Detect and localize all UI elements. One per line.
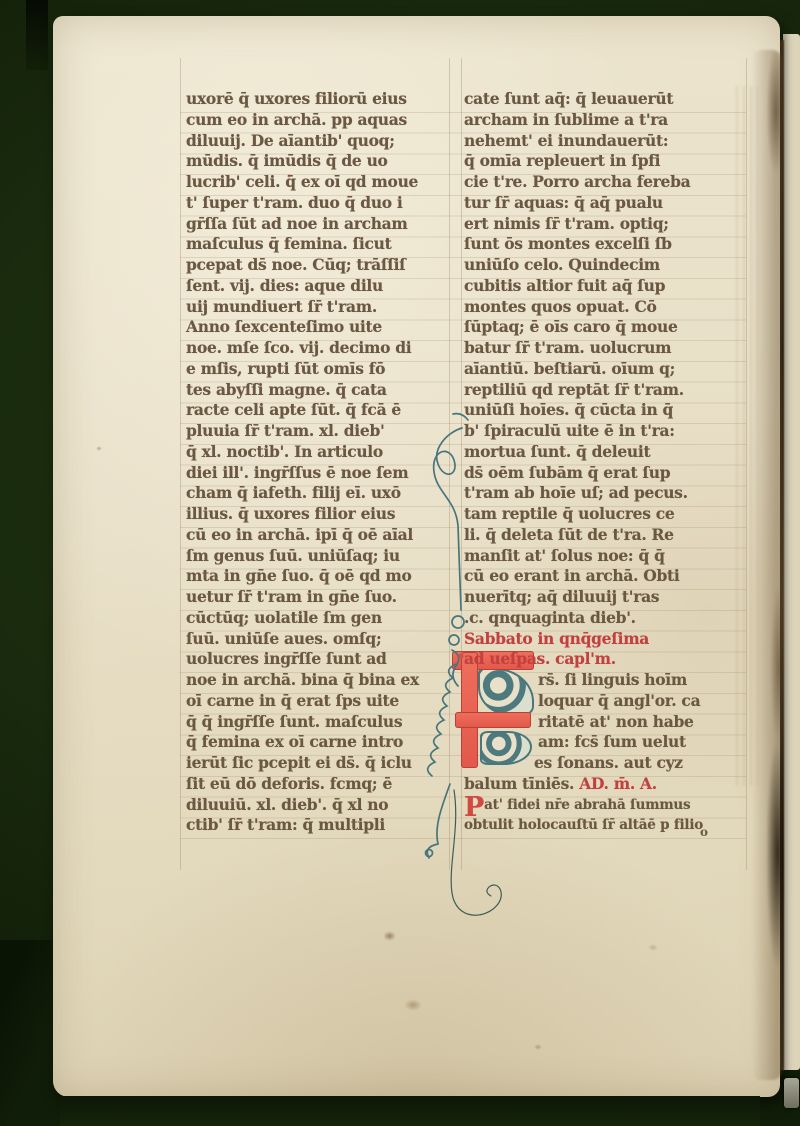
text-line: diluuij. De aīantib' quoq; — [186, 131, 395, 152]
stain — [534, 1044, 542, 1050]
text-segment: loquar q̄ angl'or. ca — [538, 691, 700, 710]
text-segment: q̄ femina ex oī carne intro — [186, 732, 403, 751]
text-line: cū eo in archā. ipī q̄ oē aīal — [186, 525, 413, 546]
text-line: ſunt ōs montes excelſi ſb — [464, 234, 672, 255]
book-clasp — [784, 1078, 799, 1108]
text-segment: archam in ſublime a t'ra — [464, 110, 668, 129]
text-line: illius. q̄ uxores filior eius — [186, 504, 395, 525]
text-line: noe. mſe ſco. vij. decimo di — [186, 338, 411, 359]
stain — [287, 174, 291, 178]
text-line: ſit eū dō deforis. fcmq; ē — [186, 774, 392, 795]
text-segment: montes quos opuat. Cō — [464, 297, 657, 316]
text-segment: pcepat ds̄ noe. Cūq; trāſſiſ — [186, 255, 406, 274]
text-line: archam in ſublime a t'ra — [464, 110, 668, 131]
text-line: tur ſr̄ aquas: q̄ aq̄ pualu — [464, 193, 663, 214]
text-segment: t' ſuper t'ram. duo q̄ duo i — [186, 193, 403, 212]
text-segment: ſūptaq; ē oīs caro q̄ moue — [464, 317, 678, 336]
text-line: q̄ femina ex oī carne intro — [186, 732, 403, 753]
text-line: cūctūq; uolatile ſm gen — [186, 608, 382, 629]
text-segment: pluuia ſr̄ t'ram. xl. dieb' — [186, 421, 384, 440]
text-line: uij mundiuert ſr̄ t'ram. — [186, 297, 377, 318]
text-segment: illius. q̄ uxores filior eius — [186, 504, 395, 523]
text-segment: diluuiū. xl. dieb'. q̄ xl no — [186, 795, 388, 814]
text-line: e mſis, rupti ſūt omīs fō — [186, 359, 385, 380]
text-segment: Anno ſexcenteſimo uite — [186, 317, 382, 336]
text-line: uetur ſr̄ t'ram in gn̄e ſuo. — [186, 587, 397, 608]
text-segment: q̄ omīa repleuert in ſpfi — [464, 151, 660, 170]
stain — [383, 931, 396, 941]
text-line: t' ſuper t'ram. duo q̄ duo i — [186, 193, 403, 214]
text-segment: cubitis altior fuit aq̄ ſup — [464, 276, 665, 295]
text-line: nehemt' ei inundauerūt: — [464, 131, 668, 152]
text-line: cubitis altior fuit aq̄ ſup — [464, 276, 665, 297]
text-line: ſm genus ſuū. uniūſaq; iu — [186, 546, 400, 567]
text-line: q̄ q̄ ingr̄ſſe ſunt. maſculus — [186, 712, 402, 733]
stain — [648, 944, 658, 951]
text-segment: q̄ xl. noctib'. In articulo — [186, 442, 383, 461]
text-segment: uolucres ingr̄ſſe ſunt ad — [186, 649, 387, 668]
text-line: q̄ xl. noctib'. In articulo — [186, 442, 383, 463]
text-segment: ritatē at' non habe — [538, 712, 694, 731]
text-segment: cham q̄ iafeth. filij eī. uxō — [186, 483, 401, 502]
text-segment: ſit eū dō deforis. fcmq; ē — [186, 774, 392, 793]
text-line: ſuū. uniūſe aues. omſq; — [186, 629, 381, 650]
text-segment: ſunt ōs montes excelſi ſb — [464, 234, 672, 253]
text-line: tes abyſſi magne. q̄ cata — [186, 380, 387, 401]
text-segment: mta in gn̄e ſuo. q̄ oē qd mo — [186, 566, 412, 585]
binding-shadow — [26, 0, 48, 70]
text-segment: cate ſunt aq̄: q̄ leuauerūt — [464, 89, 673, 108]
text-line: pluuia ſr̄ t'ram. xl. dieb' — [186, 421, 384, 442]
text-line: aīantiū. beſtiarū. oīum q; — [464, 359, 675, 380]
text-segment: cū eo in archā. ipī q̄ oē aīal — [186, 525, 413, 544]
text-line: diluuiū. xl. dieb'. q̄ xl no — [186, 795, 388, 816]
text-segment: noe in archā. bina q̄ bina ex — [186, 670, 419, 689]
text-line: Anno ſexcenteſimo uite — [186, 317, 382, 338]
text-line: gr̄ſſa ſūt ad noe in archam — [186, 214, 408, 235]
text-segment: mūdis. q̄ imūdis q̄ de uo — [186, 151, 388, 170]
text-segment: ctib' ſr̄ t'ram: q̄ multipli — [186, 815, 385, 834]
text-segment: batur ſr̄ t'ram. uolucrum — [464, 338, 671, 357]
pen-flourish — [398, 398, 558, 943]
stain — [404, 999, 422, 1011]
rubric-segment: AD. m̄. A. — [579, 774, 657, 793]
text-segment: gr̄ſſa ſūt ad noe in archam — [186, 214, 408, 233]
text-segment: maſculus q̄ femina. ſicut — [186, 234, 391, 253]
text-segment: ierūt ſic pcepit ei ds̄. q̄ iclu — [186, 753, 412, 772]
text-line: ſūptaq; ē oīs caro q̄ moue — [464, 317, 678, 338]
text-segment: ſent. vij. dies: aque dilu — [186, 276, 383, 295]
text-segment: cie t're. Porro archa fereba — [464, 172, 690, 191]
text-line: diei ill'. ingr̄ſſus ē noe ſem — [186, 463, 408, 484]
text-segment: uniūſo celo. Quindecim — [464, 255, 660, 274]
text-segment: uxorē q̄ uxores filiorū eius — [186, 89, 407, 108]
text-segment: diei ill'. ingr̄ſſus ē noe ſem — [186, 463, 408, 482]
text-line: maſculus q̄ femina. ſicut — [186, 234, 391, 255]
text-line: pcepat ds̄ noe. Cūq; trāſſiſ — [186, 255, 406, 276]
text-line: uolucres ingr̄ſſe ſunt ad — [186, 649, 387, 670]
text-line: lucrib' celi. q̄ ex oī qd moue — [186, 172, 418, 193]
text-line: ert nimis ſr̄ t'ram. optiq; — [464, 214, 669, 235]
manuscript-photo: uxorē q̄ uxores filiorū eiuscum eo in ar… — [0, 0, 800, 1126]
text-segment: uij mundiuert ſr̄ t'ram. — [186, 297, 377, 316]
binding-shadow — [60, 1096, 760, 1126]
text-segment: uetur ſr̄ t'ram in gn̄e ſuo. — [186, 587, 397, 606]
text-segment: racte celi apte ſūt. q̄ fcā ē — [186, 400, 401, 419]
text-segment: nehemt' ei inundauerūt: — [464, 131, 668, 150]
text-line: cie t're. Porro archa fereba — [464, 172, 690, 193]
text-segment: am: fcs̄ ſum uelut — [538, 732, 686, 751]
text-line: ctib' ſr̄ t'ram: q̄ multipli — [186, 815, 385, 836]
text-segment: cūctūq; uolatile ſm gen — [186, 608, 382, 627]
text-segment: ſuū. uniūſe aues. omſq; — [186, 629, 381, 648]
text-line: noe in archā. bina q̄ bina ex — [186, 670, 419, 691]
text-line: cham q̄ iafeth. filij eī. uxō — [186, 483, 401, 504]
text-line: mta in gn̄e ſuo. q̄ oē qd mo — [186, 566, 412, 587]
text-line: uniūſo celo. Quindecim — [464, 255, 660, 276]
text-segment: aīantiū. beſtiarū. oīum q; — [464, 359, 675, 378]
text-line: cum eo in archā. pp aquas — [186, 110, 407, 131]
text-segment: ſm genus ſuū. uniūſaq; iu — [186, 546, 400, 565]
stain — [96, 446, 102, 451]
text-line: cate ſunt aq̄: q̄ leuauerūt — [464, 89, 673, 110]
text-segment: oī carne in q̄ erat ſps uite — [186, 691, 399, 710]
text-segment: cum eo in archā. pp aquas — [186, 110, 407, 129]
text-line: ſent. vij. dies: aque dilu — [186, 276, 383, 297]
text-segment: tur ſr̄ aquas: q̄ aq̄ pualu — [464, 193, 663, 212]
text-segment: q̄ q̄ ingr̄ſſe ſunt. maſculus — [186, 712, 402, 731]
text-line: mūdis. q̄ imūdis q̄ de uo — [186, 151, 388, 172]
text-line: batur ſr̄ t'ram. uolucrum — [464, 338, 671, 359]
ruling-line-vertical — [746, 58, 747, 870]
text-line: q̄ omīa repleuert in ſpfi — [464, 151, 660, 172]
ruling-line-vertical — [180, 58, 181, 870]
text-segment: reptiliū qd reptāt ſr̄ t'ram. — [464, 380, 684, 399]
text-line: racte celi apte ſūt. q̄ fcā ē — [186, 400, 401, 421]
text-line: montes quos opuat. Cō — [464, 297, 657, 318]
text-segment: diluuij. De aīantib' quoq; — [186, 131, 395, 150]
text-segment: lucrib' celi. q̄ ex oī qd moue — [186, 172, 418, 191]
text-segment: ert nimis ſr̄ t'ram. optiq; — [464, 214, 669, 233]
text-segment: tes abyſſi magne. q̄ cata — [186, 380, 387, 399]
text-segment: rs̄. ſi linguis hoīm — [538, 670, 687, 689]
text-segment: noe. mſe ſco. vij. decimo di — [186, 338, 411, 357]
text-segment: e mſis, rupti ſūt omīs fō — [186, 359, 385, 378]
book-fore-edge — [783, 34, 800, 1070]
text-line: uxorē q̄ uxores filiorū eius — [186, 89, 407, 110]
text-line: oī carne in q̄ erat ſps uite — [186, 691, 399, 712]
text-line: ierūt ſic pcepit ei ds̄. q̄ iclu — [186, 753, 412, 774]
